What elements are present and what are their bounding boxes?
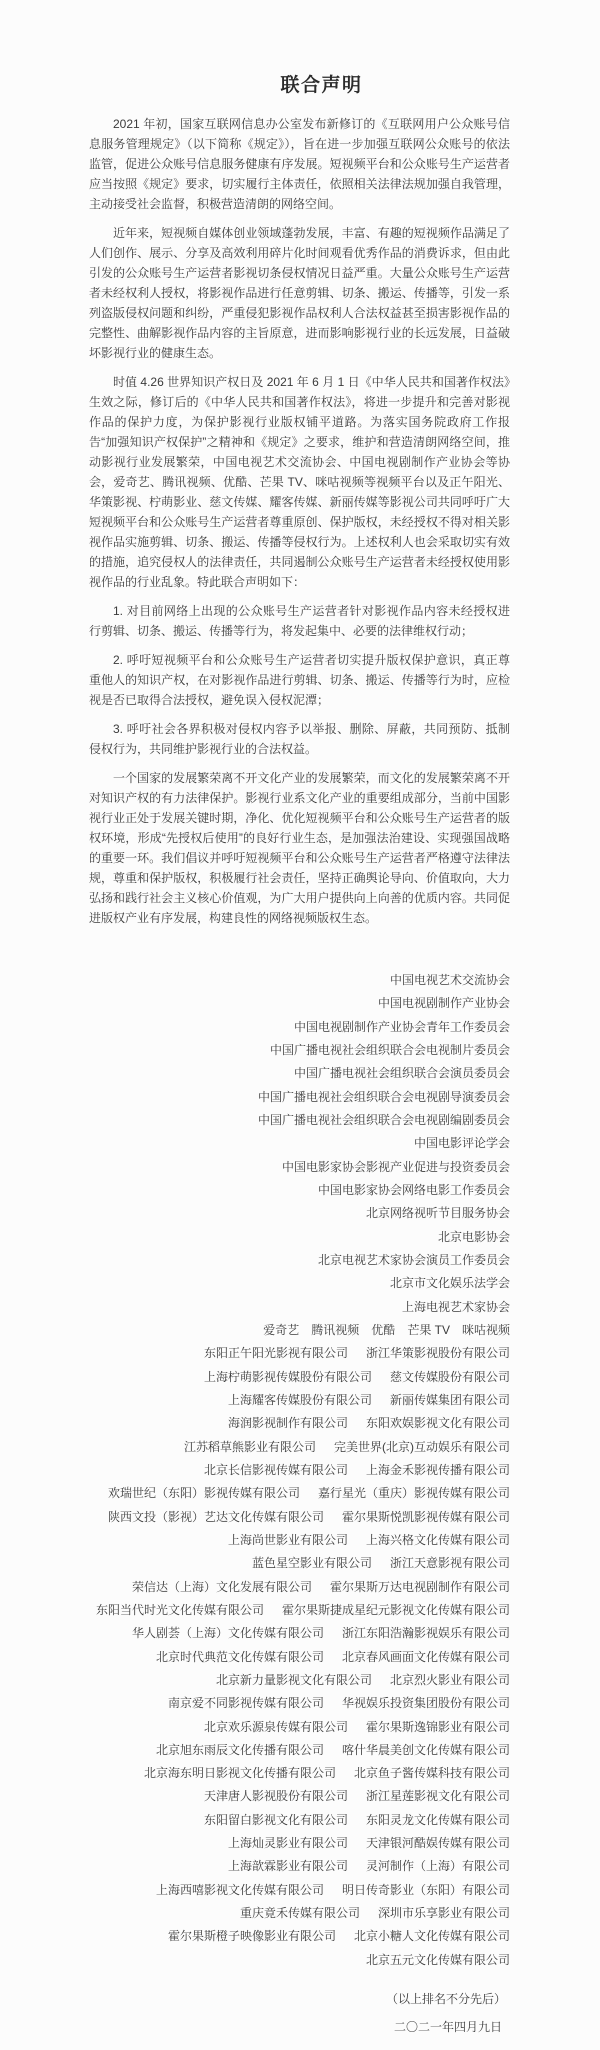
company-row: 南京爱不同影视传媒有限公司华视娱乐投资集团股份有限公司 <box>89 1692 510 1715</box>
company-row-text: 荣信达（上海）文化发展有限公司 <box>132 1576 312 1599</box>
company-row-text: 完美世界(北京)互动娱乐有限公司 <box>334 1436 510 1459</box>
company-row: 北京时代典范文化传媒有限公司北京春风画面文化传媒有限公司 <box>89 1646 510 1669</box>
company-row: 北京新力量影视文化有限公司北京烈火影业有限公司 <box>89 1669 510 1692</box>
statement-paragraph: 1. 对目前网络上出现的公众账号生产运营者针对影视作品内容未经授权进行剪辑、切条… <box>89 601 510 641</box>
association-row: 中国电影评论学会 <box>89 1132 510 1155</box>
company-row-text: 东阳正午阳光影视有限公司 <box>204 1342 348 1365</box>
company-row: 上海尚世影业有限公司上海兴格文化传媒有限公司 <box>89 1529 510 1552</box>
company-row-text: 上海兴格文化传媒有限公司 <box>366 1529 510 1552</box>
company-row-text: 上海耀客传媒股份有限公司 <box>228 1389 372 1412</box>
company-row-text: 北京旭东雨辰文化传播有限公司 <box>156 1739 324 1762</box>
association-row: 中国电影家协会网络电影工作委员会 <box>89 1179 510 1202</box>
association-row: 中国广播电视社会组织联合会电视剧编剧委员会 <box>89 1109 510 1132</box>
company-row-text: 上海歆霖影业有限公司 <box>228 1855 348 1878</box>
company-row-text: 北京海东明日影视文化传播有限公司 <box>144 1762 336 1785</box>
association-row: 中国电视艺术交流协会 <box>89 969 510 992</box>
association-row: 北京电影协会 <box>89 1226 510 1249</box>
statement-paragraph: 3. 呼吁社会各界积极对侵权内容予以举报、删除、屏蔽，共同预防、抵制侵权行为，共… <box>89 719 510 759</box>
company-row-text: 上海尚世影业有限公司 <box>228 1529 348 1552</box>
statement-paragraph-text: 2. 呼吁短视频平台和公众账号生产运营者切实提升版权保护意识，真正尊重他人的知识… <box>89 653 510 707</box>
company-row-text: 北京五元文化传媒有限公司 <box>366 1949 510 1972</box>
company-row-text: 天津唐人影视股份有限公司 <box>204 1785 348 1808</box>
signatories-section: 中国电视艺术交流协会中国电视剧制作产业协会中国电视剧制作产业协会青年工作委员会中… <box>89 937 510 1972</box>
platform-name: 芒果 TV <box>407 1319 450 1342</box>
platform-row: 爱奇艺腾讯视频优酷芒果 TV咪咕视频 <box>89 1319 510 1342</box>
company-row-text: 北京新力量影视文化有限公司 <box>216 1669 372 1692</box>
statement-paragraph-text: 3. 呼吁社会各界积极对侵权内容予以举报、删除、屏蔽，共同预防、抵制侵权行为，共… <box>89 722 510 756</box>
company-row-text: 华视娱乐投资集团股份有限公司 <box>342 1692 510 1715</box>
company-row-text: 东阳灵龙文化传媒有限公司 <box>366 1809 510 1832</box>
platform-name: 爱奇艺 <box>263 1319 299 1342</box>
company-row: 北京长信影视传媒有限公司上海金禾影视传播有限公司 <box>89 1459 510 1482</box>
association-row-text: 上海电视艺术家协会 <box>402 1296 510 1319</box>
company-row-text: 北京欢乐源泉传媒有限公司 <box>204 1716 348 1739</box>
association-row-text: 中国广播电视社会组织联合会演员委员会 <box>294 1062 510 1085</box>
company-row-text: 东阳当代时光文化传媒有限公司 <box>96 1599 264 1622</box>
statement-paragraph: 2. 呼吁短视频平台和公众账号生产运营者切实提升版权保护意识，真正尊重他人的知识… <box>89 650 510 710</box>
association-row: 北京电视艺术家协会演员工作委员会 <box>89 1249 510 1272</box>
statement-body: 2021 年初，国家互联网信息办公室发布新修订的《互联网用户公众账号信息服务管理… <box>89 114 510 928</box>
company-row: 上海灿灵影业有限公司天津银河酷娱传媒有限公司 <box>89 1832 510 1855</box>
company-row: 上海耀客传媒股份有限公司新丽传媒集团有限公司 <box>89 1389 510 1412</box>
company-row-text: 霍尔果斯捷成星纪元影视文化传媒有限公司 <box>282 1599 510 1622</box>
association-row-text: 北京电视艺术家协会演员工作委员会 <box>318 1249 510 1272</box>
statement-paragraph: 2021 年初，国家互联网信息办公室发布新修订的《互联网用户公众账号信息服务管理… <box>89 114 510 214</box>
page-title: 联合声明 <box>111 72 532 100</box>
company-row-text: 浙江天意影视有限公司 <box>390 1552 510 1575</box>
company-row: 荣信达（上海）文化发展有限公司霍尔果斯万达电视剧制作有限公司 <box>89 1576 510 1599</box>
association-row-text: 中国电影家协会影视产业促进与投资委员会 <box>282 1156 510 1179</box>
ranking-note: （以上排名不分先后） <box>89 1988 510 2011</box>
association-row: 中国广播电视社会组织联合会电视剧导演委员会 <box>89 1086 510 1109</box>
platform-name: 腾讯视频 <box>311 1319 359 1342</box>
statement-paragraph: 时值 4.26 世界知识产权日及 2021 年 6 月 1 日《中华人民共和国著… <box>89 372 510 592</box>
company-row-text: 浙江东阳浩瀚影视娱乐有限公司 <box>342 1622 510 1645</box>
company-row-text: 南京爱不同影视传媒有限公司 <box>168 1692 324 1715</box>
association-row: 中国广播电视社会组织联合会电视制片委员会 <box>89 1039 510 1062</box>
company-row-text: 霍尔果斯悦凯影视传媒有限公司 <box>342 1506 510 1529</box>
company-row: 陕西文投（影视）艺达文化传媒有限公司霍尔果斯悦凯影视传媒有限公司 <box>89 1506 510 1529</box>
company-list: 东阳正午阳光影视有限公司浙江华策影视股份有限公司上海柠萌影视传媒股份有限公司慈文… <box>89 1342 510 1972</box>
statement-footer: （以上排名不分先后） 二〇二一年四月九日 <box>89 1988 510 2040</box>
company-row-text: 重庆竟禾传媒有限公司 <box>240 1902 360 1925</box>
company-row: 上海柠萌影视传媒股份有限公司慈文传媒股份有限公司 <box>89 1366 510 1389</box>
company-row-text: 浙江星莲影视文化有限公司 <box>366 1785 510 1808</box>
association-row: 北京网络视听节目服务协会 <box>89 1202 510 1225</box>
company-row: 东阳留白影视文化有限公司东阳灵龙文化传媒有限公司 <box>89 1809 510 1832</box>
company-row-text: 上海灿灵影业有限公司 <box>228 1832 348 1855</box>
company-row-text: 浙江华策影视股份有限公司 <box>366 1342 510 1365</box>
association-row-text: 中国电视剧制作产业协会 <box>378 992 510 1015</box>
company-row: 东阳正午阳光影视有限公司浙江华策影视股份有限公司 <box>89 1342 510 1365</box>
company-row: 霍尔果斯橙子映像影业有限公司北京小糖人文化传媒有限公司 <box>89 1925 510 1948</box>
company-row-text: 天津银河酷娱传媒有限公司 <box>366 1832 510 1855</box>
company-row-text: 蓝色星空影业有限公司 <box>252 1552 372 1575</box>
company-row-text: 东阳欢娱影视文化有限公司 <box>366 1412 510 1435</box>
company-row-text: 灵河制作（上海）有限公司 <box>366 1855 510 1878</box>
association-row-text: 北京网络视听节目服务协会 <box>366 1202 510 1225</box>
statement-paragraph-text: 1. 对目前网络上出现的公众账号生产运营者针对影视作品内容未经授权进行剪辑、切条… <box>89 604 510 638</box>
company-row: 北京海东明日影视文化传播有限公司北京鱼子酱传媒科技有限公司 <box>89 1762 510 1785</box>
association-row-text: 中国电视剧制作产业协会青年工作委员会 <box>294 1016 510 1039</box>
company-row-text: 海润影视制作有限公司 <box>228 1412 348 1435</box>
company-row: 蓝色星空影业有限公司浙江天意影视有限公司 <box>89 1552 510 1575</box>
company-row-text: 霍尔果斯万达电视剧制作有限公司 <box>330 1576 510 1599</box>
company-row-text: 北京烈火影业有限公司 <box>390 1669 510 1692</box>
company-row-text: 霍尔果斯橙子映像影业有限公司 <box>168 1925 336 1948</box>
statement-paragraph-text: 一个国家的发展繁荣离不开文化产业的发展繁荣，而文化的发展繁荣离不开对知识产权的有… <box>89 771 510 925</box>
statement-paragraph: 近年来，短视频自媒体创业领域蓬勃发展，丰富、有趣的短视频作品满足了人们创作、展示… <box>89 223 510 363</box>
company-row: 天津唐人影视股份有限公司浙江星莲影视文化有限公司 <box>89 1785 510 1808</box>
platform-name: 咪咕视频 <box>462 1319 510 1342</box>
company-row-text: 华人剧荟（上海）文化传媒有限公司 <box>132 1622 324 1645</box>
statement-page: 联合声明 2021 年初，国家互联网信息办公室发布新修订的《互联网用户公众账号信… <box>89 0 510 2040</box>
company-row-text: 欢瑞世纪（东阳）影视传媒有限公司 <box>108 1482 300 1505</box>
company-row-text: 上海西嘻影视文化传媒有限公司 <box>156 1879 324 1902</box>
company-row-text: 慈文传媒股份有限公司 <box>390 1366 510 1389</box>
platform-name: 优酷 <box>371 1319 395 1342</box>
company-row-text: 喀什华晨美创文化传媒有限公司 <box>342 1739 510 1762</box>
company-row-text: 北京小糖人文化传媒有限公司 <box>354 1925 510 1948</box>
statement-paragraph-text: 2021 年初，国家互联网信息办公室发布新修订的《互联网用户公众账号信息服务管理… <box>89 117 510 211</box>
company-row: 北京旭东雨辰文化传播有限公司喀什华晨美创文化传媒有限公司 <box>89 1739 510 1762</box>
company-row-text: 深圳市乐享影业有限公司 <box>378 1902 510 1925</box>
company-row: 东阳当代时光文化传媒有限公司霍尔果斯捷成星纪元影视文化传媒有限公司 <box>89 1599 510 1622</box>
company-row: 重庆竟禾传媒有限公司深圳市乐享影业有限公司 <box>89 1902 510 1925</box>
company-row-text: 北京鱼子酱传媒科技有限公司 <box>354 1762 510 1785</box>
association-row: 中国电影家协会影视产业促进与投资委员会 <box>89 1156 510 1179</box>
association-row-text: 中国广播电视社会组织联合会电视制片委员会 <box>270 1039 510 1062</box>
association-row-text: 中国电视艺术交流协会 <box>390 969 510 992</box>
statement-paragraph-text: 时值 4.26 世界知识产权日及 2021 年 6 月 1 日《中华人民共和国著… <box>89 375 510 589</box>
company-row: 华人剧荟（上海）文化传媒有限公司浙江东阳浩瀚影视娱乐有限公司 <box>89 1622 510 1645</box>
statement-paragraph-text: 近年来，短视频自媒体创业领域蓬勃发展，丰富、有趣的短视频作品满足了人们创作、展示… <box>89 226 510 360</box>
company-row: 上海歆霖影业有限公司灵河制作（上海）有限公司 <box>89 1855 510 1878</box>
company-row-text: 上海金禾影视传播有限公司 <box>366 1459 510 1482</box>
statement-date: 二〇二一年四月九日 <box>89 2016 510 2039</box>
association-row-text: 中国电影评论学会 <box>414 1132 510 1155</box>
company-row-text: 江苏稻草熊影业有限公司 <box>184 1436 316 1459</box>
company-row-text: 上海柠萌影视传媒股份有限公司 <box>204 1366 372 1389</box>
association-row-text: 中国广播电视社会组织联合会电视剧编剧委员会 <box>258 1109 510 1132</box>
company-row: 北京五元文化传媒有限公司 <box>89 1949 510 1972</box>
company-row-text: 新丽传媒集团有限公司 <box>390 1389 510 1412</box>
company-row-text: 明日传奇影业（东阳）有限公司 <box>342 1879 510 1902</box>
statement-paragraph: 一个国家的发展繁荣离不开文化产业的发展繁荣，而文化的发展繁荣离不开对知识产权的有… <box>89 768 510 928</box>
company-row-text: 霍尔果斯逸锦影业有限公司 <box>366 1716 510 1739</box>
company-row: 江苏稻草熊影业有限公司完美世界(北京)互动娱乐有限公司 <box>89 1436 510 1459</box>
association-row-text: 中国电影家协会网络电影工作委员会 <box>318 1179 510 1202</box>
company-row-text: 北京长信影视传媒有限公司 <box>204 1459 348 1482</box>
association-row-text: 北京市文化娱乐法学会 <box>390 1272 510 1295</box>
company-row-text: 陕西文投（影视）艺达文化传媒有限公司 <box>108 1506 324 1529</box>
company-row-text: 嘉行星光（重庆）影视传媒有限公司 <box>318 1482 510 1505</box>
company-row-text: 北京春风画面文化传媒有限公司 <box>342 1646 510 1669</box>
association-row: 中国电视剧制作产业协会青年工作委员会 <box>89 1016 510 1039</box>
company-row: 北京欢乐源泉传媒有限公司霍尔果斯逸锦影业有限公司 <box>89 1716 510 1739</box>
association-list: 中国电视艺术交流协会中国电视剧制作产业协会中国电视剧制作产业协会青年工作委员会中… <box>89 969 510 1319</box>
association-row: 上海电视艺术家协会 <box>89 1296 510 1319</box>
company-row-text: 东阳留白影视文化有限公司 <box>204 1809 348 1832</box>
association-row: 中国电视剧制作产业协会 <box>89 992 510 1015</box>
association-row-text: 中国广播电视社会组织联合会电视剧导演委员会 <box>258 1086 510 1109</box>
association-row: 中国广播电视社会组织联合会演员委员会 <box>89 1062 510 1085</box>
association-row-text: 北京电影协会 <box>438 1226 510 1249</box>
company-row-text: 北京时代典范文化传媒有限公司 <box>156 1646 324 1669</box>
company-row: 欢瑞世纪（东阳）影视传媒有限公司嘉行星光（重庆）影视传媒有限公司 <box>89 1482 510 1505</box>
association-row: 北京市文化娱乐法学会 <box>89 1272 510 1295</box>
company-row: 海润影视制作有限公司东阳欢娱影视文化有限公司 <box>89 1412 510 1435</box>
company-row: 上海西嘻影视文化传媒有限公司明日传奇影业（东阳）有限公司 <box>89 1879 510 1902</box>
